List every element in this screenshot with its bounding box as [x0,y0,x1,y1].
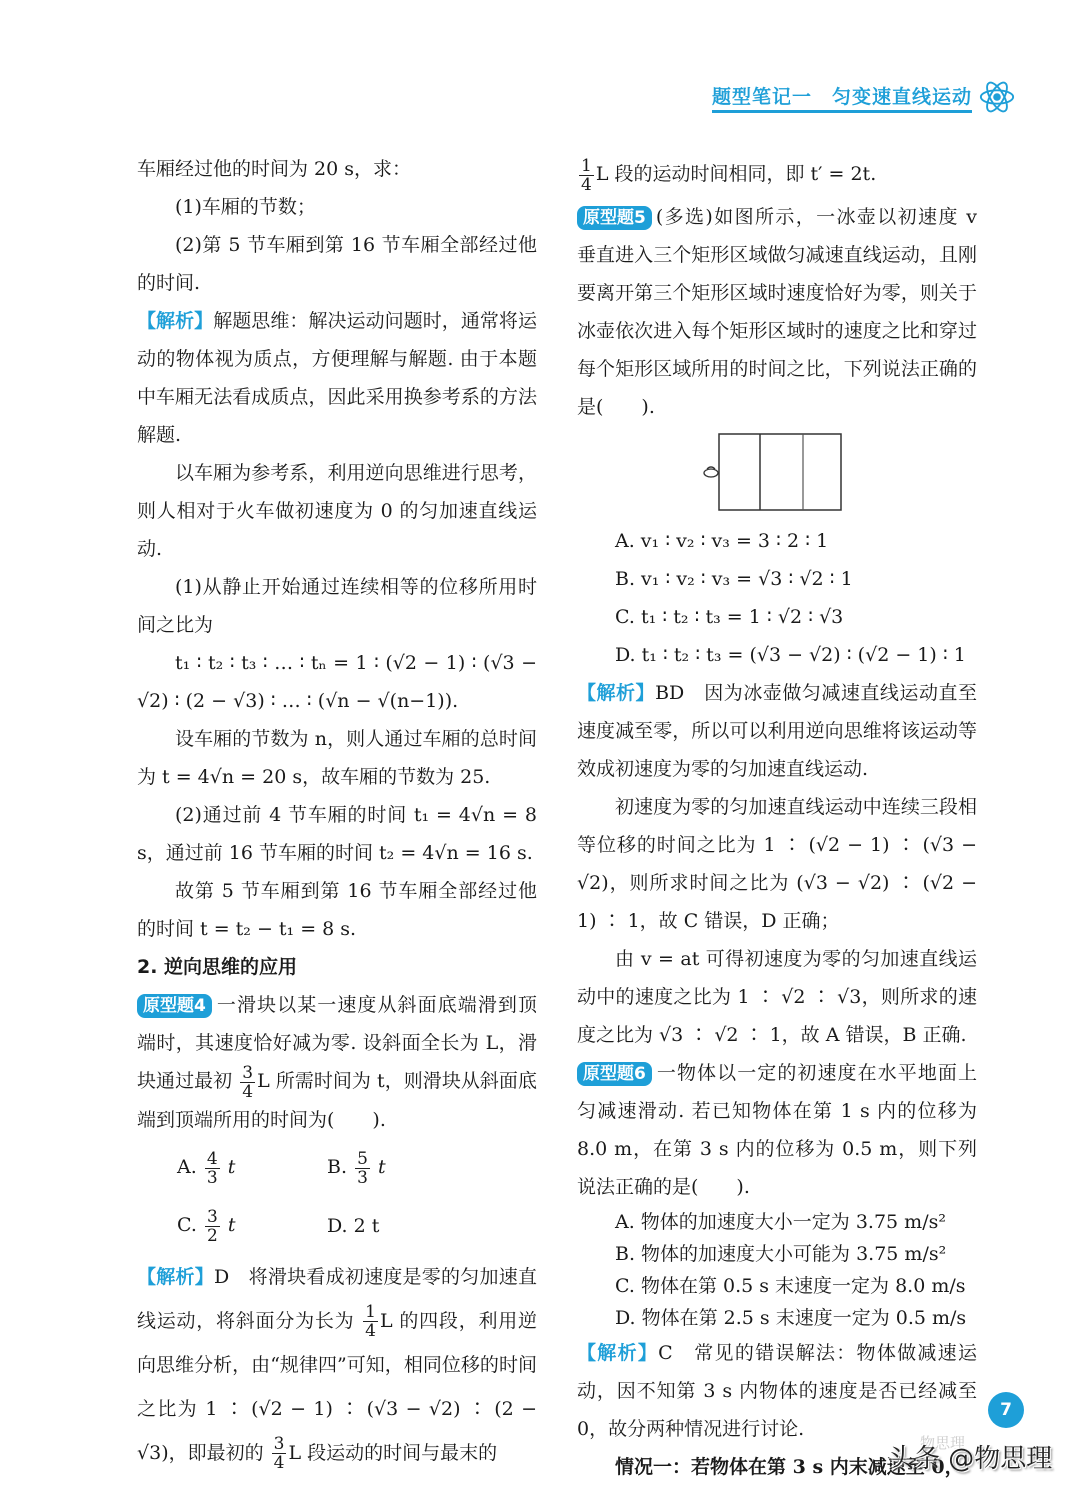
analysis-paragraph: 由 v = at 可得初速度为零的匀加速直线运动中的速度之比为 1 ∶ √2 ∶… [577,940,977,1054]
question-1: (1)车厢的节数； [137,188,537,226]
analysis-paragraph: 设车厢的节数为 n，则人通过车厢的总时间为 t = 4√n = 20 s，故车厢… [137,720,537,796]
option-row: A. 43 t B. 53 t [137,1139,537,1197]
analysis-paragraph: (1)从静止开始通过连续相等的位移所用时间之比为 [137,568,537,644]
analysis-tag: 【解析】 [137,1266,214,1288]
analysis-paragraph: 【解析】BD 因为冰壶做匀减速直线运动直至速度减至零，所以可以利用逆向思维将该运… [577,674,977,788]
problem-badge: 原型题6 [577,1062,652,1086]
option-a: A. 物体的加速度大小一定为 3.75 m/s² [615,1206,977,1238]
option-b: B. 物体的加速度大小可能为 3.75 m/s² [615,1238,977,1270]
problem-badge: 原型题4 [137,994,212,1018]
problem-continuation: 车厢经过他的时间为 20 s，求： [137,150,537,188]
three-regions-figure [697,432,867,518]
left-column: 车厢经过他的时间为 20 s，求： (1)车厢的节数； (2)第 5 节车厢到第… [137,150,537,1475]
problem-6: 原型题6一物体以一定的初速度在水平地面上匀减速滑动. 若已知物体在第 1 s 内… [577,1054,977,1206]
page-header: 题型笔记一 匀变速直线运动 [712,78,1016,116]
analysis-paragraph: 【解析】解题思维：解决运动问题时，通常将运动的物体视为质点，方便理解与解题. 由… [137,302,537,454]
curling-stone-icon [704,467,718,477]
analysis-paragraph: 故第 5 节车厢到第 16 节车厢全部经过他的时间 t = t₂ − t₁ = … [137,872,537,948]
fraction: 34 [240,1064,255,1101]
analysis-tag: 【解析】 [577,1342,658,1364]
option-row: C. 32 t D. 2 t [137,1197,537,1255]
option-c: C. 物体在第 0.5 s 末速度一定为 8.0 m/s [615,1270,977,1302]
section-heading: 2. 逆向思维的应用 [137,948,537,986]
option-b: B. v₁ ∶ v₂ ∶ v₃ = √3 ∶ √2 ∶ 1 [615,560,977,598]
option-d: D. 物体在第 2.5 s 末速度一定为 0.5 m/s [615,1302,977,1334]
analysis-paragraph: 初速度为零的匀加速直线运动中连续三段相等位移的时间之比为 1 ∶ (√2 − 1… [577,788,977,940]
watermark: 头条 @物思理 [888,1438,1052,1475]
curling-diagram [697,432,867,518]
problem-4: 原型题4一滑块以某一速度从斜面底端滑到顶端时，其速度恰好减为零. 设斜面全长为 … [137,986,537,1139]
analysis-tag: 【解析】 [577,682,655,704]
formula-ratio: t₁ ∶ t₂ ∶ t₃ ∶ … ∶ tₙ = 1 ∶ (√2 − 1) ∶ (… [137,644,537,720]
right-column: 14L 段的运动时间相同，即 t′ = 2t. 原型题5(多选)如图所示，一冰壶… [577,150,977,1486]
problem-badge: 原型题5 [577,206,652,230]
answer: D [214,1266,229,1288]
problem-5-options: A. v₁ ∶ v₂ ∶ v₃ = 3 ∶ 2 ∶ 1 B. v₁ ∶ v₂ ∶… [577,522,977,674]
problem-5: 原型题5(多选)如图所示，一冰壶以初速度 v 垂直进入三个矩形区域做匀减速直线运… [577,198,977,426]
chapter-title: 题型笔记一 匀变速直线运动 [712,82,972,113]
analysis-paragraph: 【解析】C 常见的错误解法：物体做减速运动，因不知第 3 s 内物体的速度是否已… [577,1334,977,1448]
page-number: 7 [988,1392,1024,1428]
option-a: A. 43 t [177,1148,327,1187]
analysis-paragraph: (2)通过前 4 节车厢的时间 t₁ = 4√n = 8 s，通过前 16 节车… [137,796,537,872]
option-d: D. t₁ ∶ t₂ ∶ t₃ = (√3 − √2) ∶ (√2 − 1) ∶… [615,636,977,674]
analysis-paragraph: 以车厢为参考系，利用逆向思维进行思考，则人相对于火车做初速度为 0 的匀加速直线… [137,454,537,568]
analysis-continuation: 14L 段的运动时间相同，即 t′ = 2t. [577,150,977,198]
question-2: (2)第 5 节车厢到第 16 节车厢全部经过他的时间. [137,226,537,302]
option-a: A. v₁ ∶ v₂ ∶ v₃ = 3 ∶ 2 ∶ 1 [615,522,977,560]
option-b: B. 53 t [327,1148,477,1187]
option-d: D. 2 t [327,1207,477,1245]
analysis-tag: 【解析】 [137,310,213,332]
fraction: 34 [272,1435,287,1472]
problem-6-options: A. 物体的加速度大小一定为 3.75 m/s² B. 物体的加速度大小可能为 … [577,1206,977,1334]
answer: BD [655,682,684,704]
fraction: 14 [579,157,594,194]
answer: C [658,1342,673,1364]
option-c: C. t₁ ∶ t₂ ∶ t₃ = 1 ∶ √2 ∶ √3 [615,598,977,636]
analysis-paragraph: 【解析】CD 将滑块看成初速度是零的匀加速直线运动，将斜面分为长为 14L 的四… [137,1255,537,1475]
option-c: C. 32 t [177,1206,327,1245]
atom-icon [978,78,1016,116]
fraction: 14 [363,1303,378,1340]
